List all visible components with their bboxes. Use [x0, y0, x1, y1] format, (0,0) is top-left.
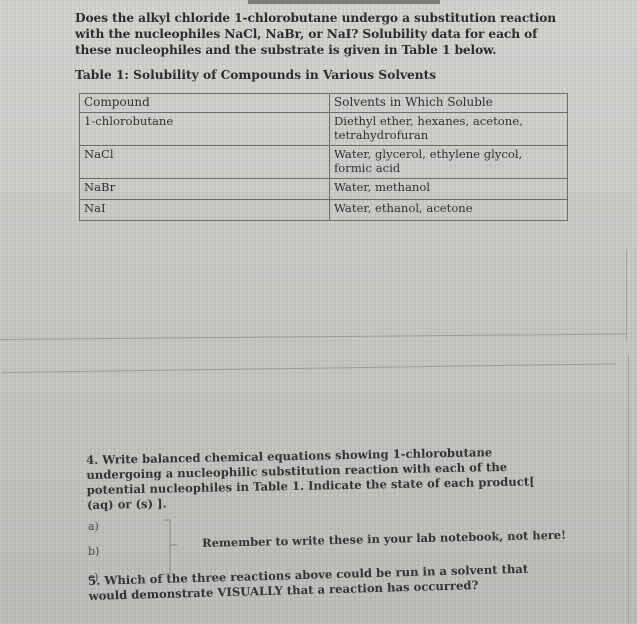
table-row: NaBr Water, methanol	[80, 179, 568, 200]
answer-box-bottom-rule	[0, 334, 626, 340]
cell-solvents: Water, ethanol, acetone	[330, 200, 568, 221]
brace-icon	[162, 518, 178, 576]
cell-solvents: Water, methanol	[330, 179, 568, 200]
cell-compound: NaCl	[80, 146, 330, 179]
table-row: NaI Water, ethanol, acetone	[80, 200, 568, 221]
header-solvents: Solvents in Which Soluble	[330, 94, 568, 113]
notebook-reminder: Remember to write these in your lab note…	[202, 528, 566, 550]
header-compound: Compound	[80, 94, 330, 113]
table-header-row: Compound Solvents in Which Soluble	[80, 94, 568, 113]
answer-box-right-rule-lower	[628, 355, 629, 624]
question-5: 5. Which of the three reactions above co…	[88, 561, 559, 604]
answer-box-top-rule	[2, 363, 616, 373]
page-edge-strip	[248, 0, 440, 4]
table-row: 1-chlorobutane Diethyl ether, hexanes, a…	[80, 113, 568, 146]
cell-solvents: Water, glycerol, ethylene glycol, formic…	[330, 146, 568, 179]
solubility-table: Compound Solvents in Which Soluble 1-chl…	[79, 93, 568, 221]
table-row: NaCl Water, glycerol, ethylene glycol, f…	[80, 146, 568, 179]
cell-solvents: Diethyl ether, hexanes, acetone, tetrahy…	[330, 113, 568, 146]
cell-compound: NaI	[80, 200, 330, 221]
question-4: 4. Write balanced chemical equations sho…	[86, 444, 557, 513]
option-b-label: b)	[88, 545, 99, 558]
answer-box-right-rule	[626, 250, 627, 340]
option-a-label: a)	[88, 520, 99, 533]
cell-compound: 1-chlorobutane	[80, 113, 330, 146]
intro-paragraph: Does the alkyl chloride 1-chlorobutane u…	[75, 10, 575, 58]
cell-compound: NaBr	[80, 179, 330, 200]
table-title: Table 1: Solubility of Compounds in Vari…	[75, 68, 436, 82]
